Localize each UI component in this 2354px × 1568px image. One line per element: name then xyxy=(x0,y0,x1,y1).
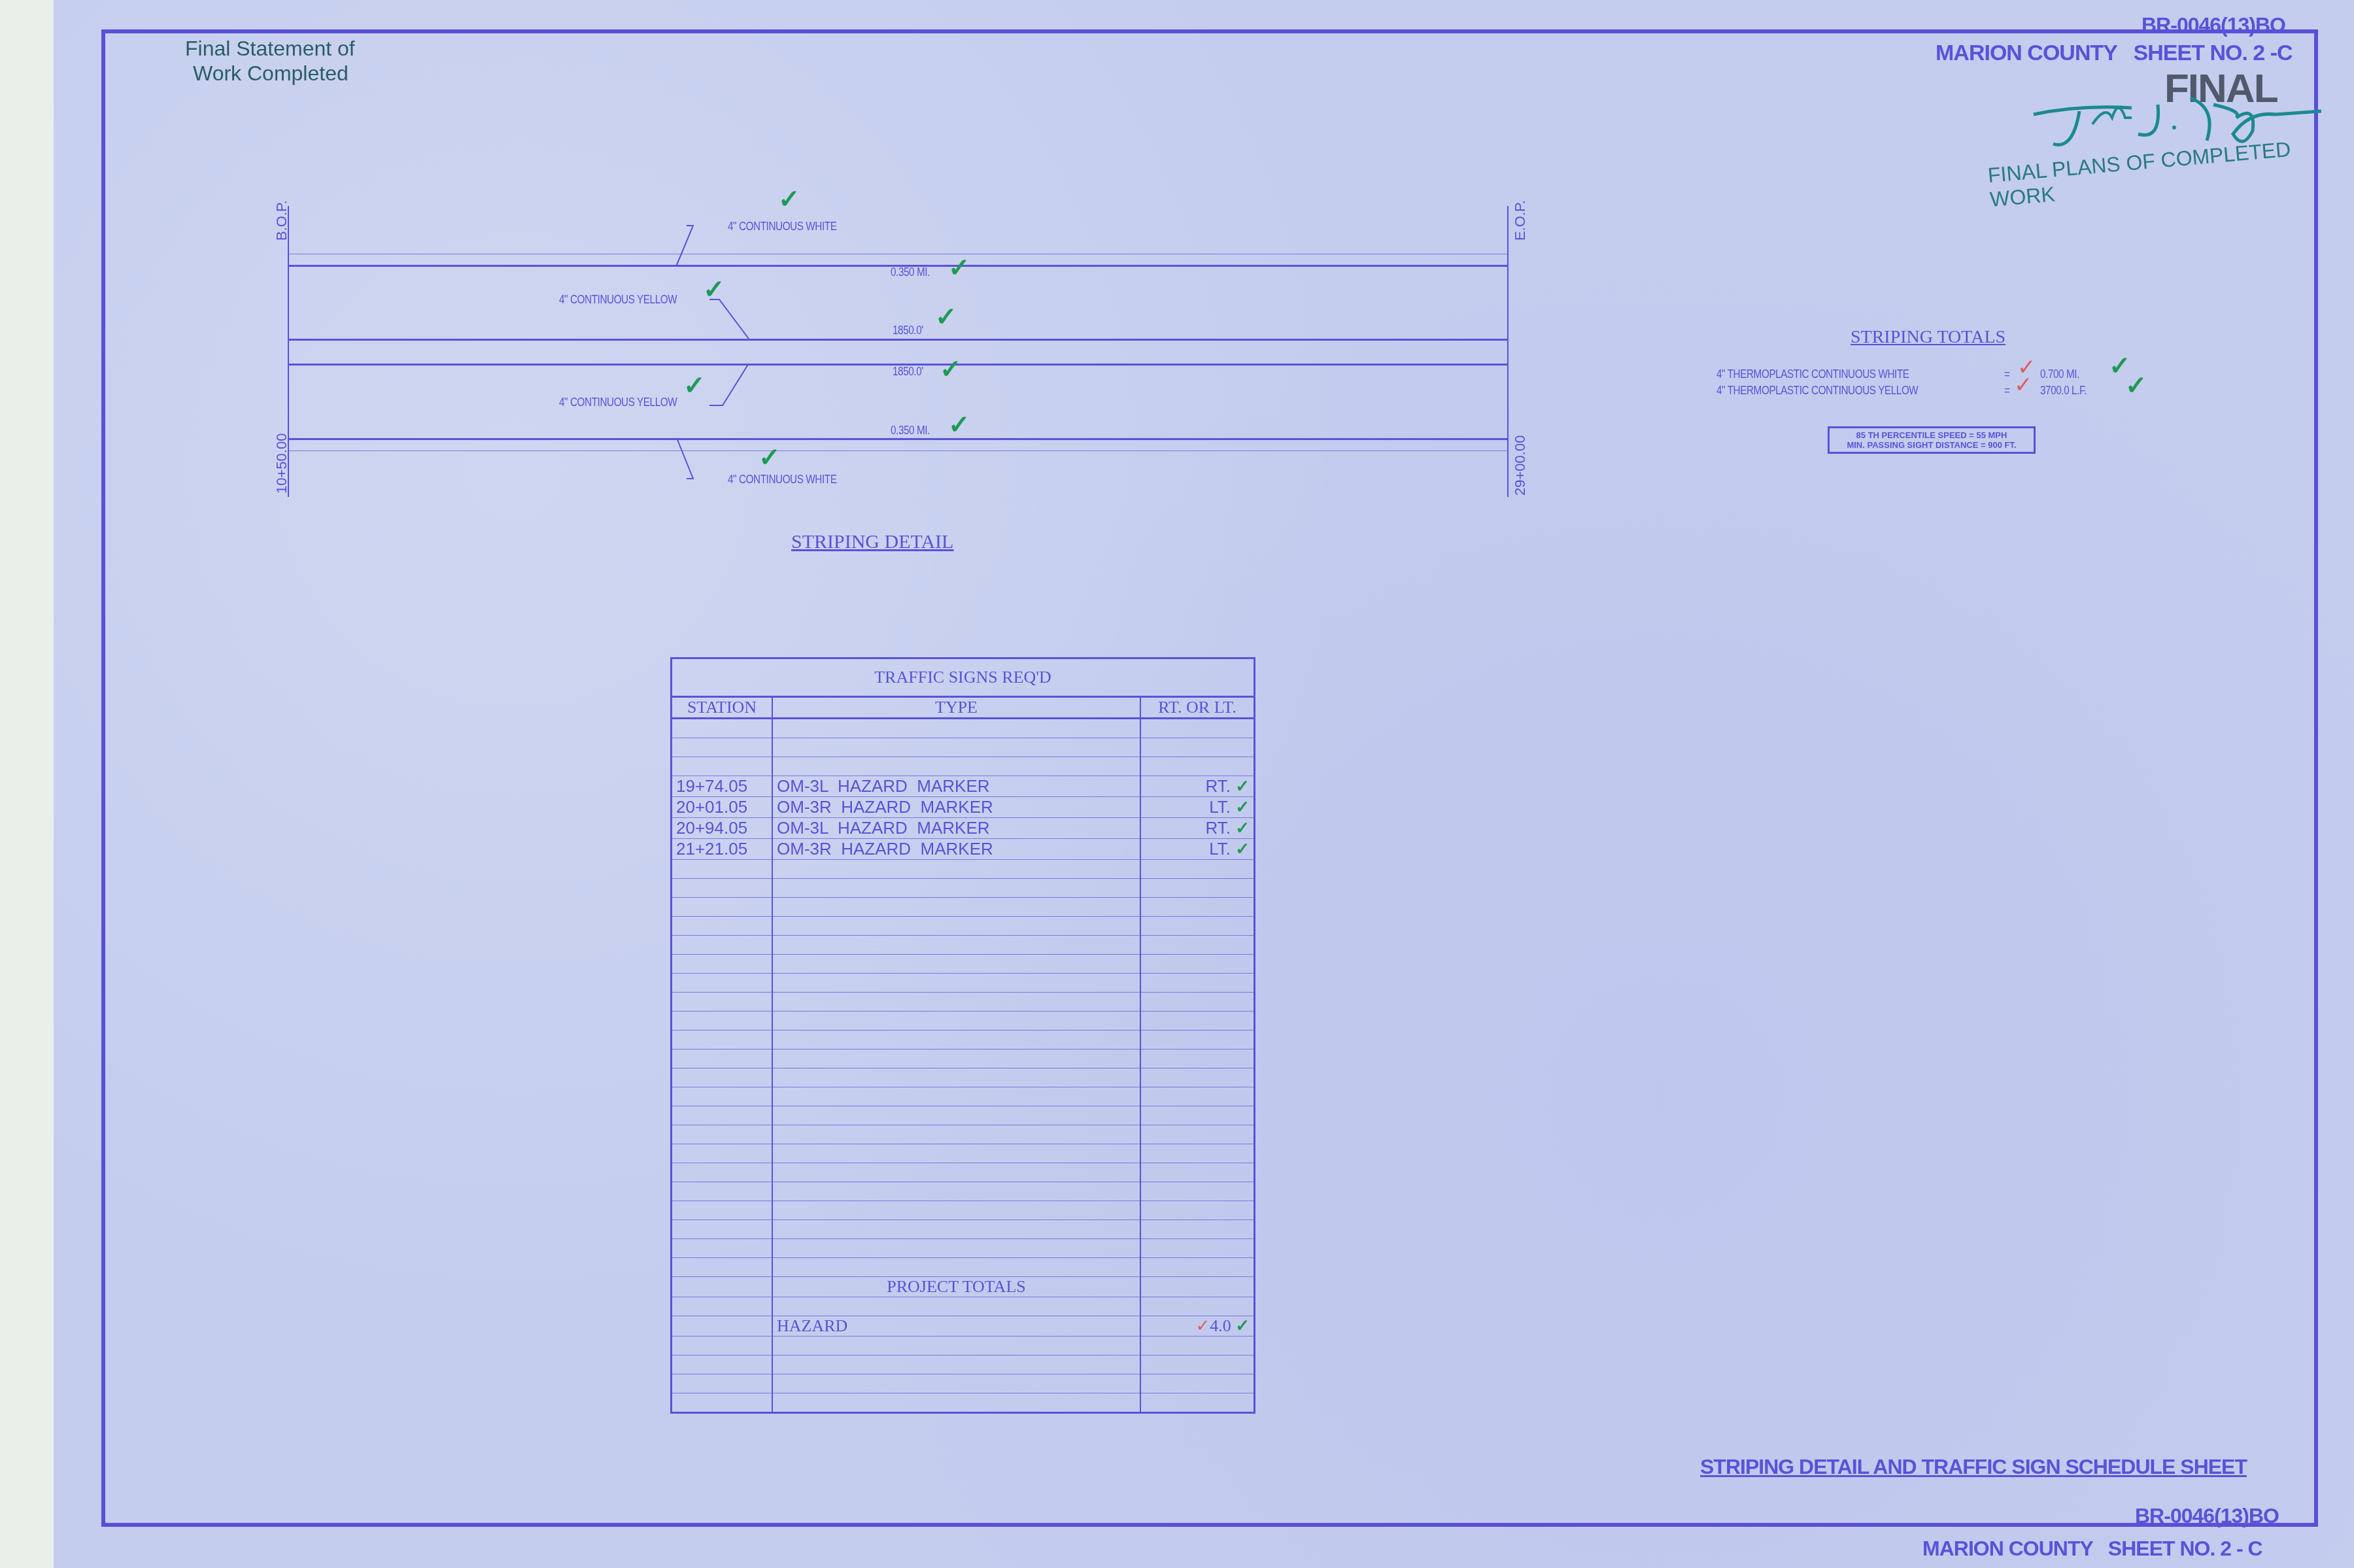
side-cell xyxy=(1140,993,1255,1012)
quantity-yellow-2: 1850.0' xyxy=(893,365,923,379)
sight-distance-note: MIN. PASSING SIGHT DISTANCE = 900 FT. xyxy=(1834,440,2030,450)
type-cell xyxy=(772,1087,1140,1106)
table-row xyxy=(672,1144,1255,1163)
type-cell xyxy=(772,860,1140,879)
side-cell xyxy=(1140,860,1255,879)
check-icon: ✓ xyxy=(778,186,800,213)
side-cell xyxy=(1140,1106,1255,1125)
totals-label-white: 4" THERMOPLASTIC CONTINUOUS WHITE xyxy=(1716,367,1909,381)
sheet-title: STRIPING DETAIL AND TRAFFIC SIGN SCHEDUL… xyxy=(1700,1455,2247,1479)
table-row xyxy=(672,1031,1255,1049)
check-icon: ✓ xyxy=(703,277,725,303)
check-icon: ✓ xyxy=(940,356,962,383)
station-cell xyxy=(672,1239,773,1258)
edge-of-pavement-line-bottom xyxy=(289,451,1507,451)
check-icon: ✓ xyxy=(2125,373,2147,399)
table-row xyxy=(672,1068,1255,1087)
table-row xyxy=(672,993,1255,1012)
station-cell xyxy=(672,1049,773,1068)
station-cell xyxy=(672,757,773,776)
header-county-sheet: MARION COUNTY SHEET NO. 2 -C xyxy=(1936,41,2293,66)
table-row xyxy=(672,1163,1255,1182)
type-cell xyxy=(772,1182,1140,1201)
traffic-signs-title: TRAFFIC SIGNS REQ'D xyxy=(672,658,1255,697)
table-row xyxy=(672,936,1255,955)
side-cell xyxy=(1140,1258,1255,1277)
table-row xyxy=(672,738,1255,757)
totals-value-yellow: 3700.0 L.F. xyxy=(2040,384,2087,398)
side-cell xyxy=(1140,738,1255,757)
station-cell xyxy=(672,898,773,917)
side-cell xyxy=(1140,757,1255,776)
station-cell xyxy=(672,1125,773,1144)
side-cell: RT. ✓ xyxy=(1140,818,1255,839)
table-row xyxy=(672,1220,1255,1239)
station-cell xyxy=(672,1031,773,1049)
type-cell xyxy=(772,1258,1140,1277)
side-cell xyxy=(1140,936,1255,955)
station-cell xyxy=(672,879,773,898)
station-cell xyxy=(672,1374,773,1393)
total-value: 4.0 xyxy=(1210,1316,1231,1335)
station-cell xyxy=(672,1106,773,1125)
side-cell xyxy=(1140,898,1255,917)
station-cell xyxy=(672,860,773,879)
station-cell xyxy=(672,1087,773,1106)
type-cell xyxy=(772,936,1140,955)
station-cell xyxy=(672,1355,773,1374)
red-check-icon: ✓ xyxy=(2014,374,2033,396)
table-row xyxy=(672,1049,1255,1068)
table-row xyxy=(672,917,1255,936)
side-cell xyxy=(1140,1068,1255,1087)
table-row xyxy=(672,1182,1255,1201)
type-cell xyxy=(772,1163,1140,1182)
check-icon: ✓ xyxy=(683,373,706,399)
side-value: LT. xyxy=(1209,839,1231,859)
traffic-signs-body: 19+74.05OM-3L HAZARD MARKERRT. ✓20+01.05… xyxy=(672,719,1255,1413)
eop-label: E.O.P. xyxy=(1512,200,1529,241)
side-cell: LT. ✓ xyxy=(1140,839,1255,860)
start-station-label: 10+50.00 xyxy=(273,434,290,494)
table-row xyxy=(672,757,1255,776)
station-cell xyxy=(672,1220,773,1239)
type-cell xyxy=(772,917,1140,936)
check-icon: ✓ xyxy=(1231,797,1250,817)
table-row xyxy=(672,1258,1255,1277)
type-cell xyxy=(772,1374,1140,1393)
yellow-stripe-1 xyxy=(289,339,1507,341)
check-icon: ✓ xyxy=(1231,1316,1250,1335)
table-row xyxy=(672,1125,1255,1144)
side-cell xyxy=(1140,1201,1255,1220)
station-cell xyxy=(672,1297,773,1316)
side-cell xyxy=(1140,955,1255,974)
table-row: HAZARD✓4.0 ✓ xyxy=(672,1316,1255,1337)
totals-eq-white: = xyxy=(2004,367,2010,381)
bop-label: B.O.P. xyxy=(273,200,290,241)
side-value: RT. xyxy=(1205,776,1231,796)
side-cell xyxy=(1140,1355,1255,1374)
side-cell xyxy=(1140,974,1255,993)
type-cell xyxy=(772,1393,1140,1413)
table-row: 20+94.05OM-3L HAZARD MARKERRT. ✓ xyxy=(672,818,1255,839)
type-cell xyxy=(772,1201,1140,1220)
station-cell: 21+21.05 xyxy=(672,839,773,860)
striping-detail-title: STRIPING DETAIL xyxy=(791,531,953,553)
type-cell xyxy=(772,1049,1140,1068)
station-cell xyxy=(672,1337,773,1355)
footer-county-sheet: MARION COUNTY SHEET NO. 2 - C xyxy=(1922,1537,2262,1561)
type-cell xyxy=(772,1144,1140,1163)
red-check-icon: ✓ xyxy=(1195,1316,1210,1335)
callout-white-bottom: 4" CONTINUOUS WHITE xyxy=(728,473,837,486)
station-cell xyxy=(672,917,773,936)
side-cell xyxy=(1140,879,1255,898)
station-cell xyxy=(672,719,773,738)
table-row xyxy=(672,879,1255,898)
total-label: HAZARD xyxy=(772,1316,1140,1337)
station-cell xyxy=(672,1201,773,1220)
project-totals-label: PROJECT TOTALS xyxy=(772,1277,1140,1297)
table-row xyxy=(672,860,1255,879)
totals-label-yellow: 4" THERMOPLASTIC CONTINUOUS YELLOW xyxy=(1716,384,1918,398)
totals-eq-yellow: = xyxy=(2004,384,2010,398)
station-cell: 20+94.05 xyxy=(672,818,773,839)
white-stripe-bottom xyxy=(289,438,1507,440)
station-cell xyxy=(672,1012,773,1031)
type-cell xyxy=(772,1031,1140,1049)
table-row: 20+01.05OM-3R HAZARD MARKERLT. ✓ xyxy=(672,797,1255,818)
type-cell xyxy=(772,1012,1140,1031)
station-cell xyxy=(672,1277,773,1297)
type-cell xyxy=(772,1297,1140,1316)
table-row xyxy=(672,719,1255,738)
type-cell: OM-3L HAZARD MARKER xyxy=(772,818,1140,839)
station-cell xyxy=(672,1144,773,1163)
quantity-yellow-1: 1850.0' xyxy=(893,324,923,337)
station-cell xyxy=(672,993,773,1012)
type-cell xyxy=(772,1125,1140,1144)
check-icon: ✓ xyxy=(935,304,957,330)
side-cell xyxy=(1140,1163,1255,1182)
table-row xyxy=(672,1393,1255,1413)
table-row xyxy=(672,1374,1255,1393)
col-side: RT. OR LT. xyxy=(1140,697,1255,719)
end-station-label: 29+00.00 xyxy=(1512,435,1529,496)
side-cell xyxy=(1140,1239,1255,1258)
check-icon: ✓ xyxy=(948,255,970,281)
check-icon: ✓ xyxy=(1231,818,1250,838)
table-row: PROJECT TOTALS xyxy=(672,1277,1255,1297)
type-cell: OM-3R HAZARD MARKER xyxy=(772,797,1140,818)
stamp-line-1: Final Statement of xyxy=(185,36,355,61)
side-cell xyxy=(1140,1049,1255,1068)
side-cell xyxy=(1140,1337,1255,1355)
station-cell: 19+74.05 xyxy=(672,776,773,797)
side-cell xyxy=(1140,1220,1255,1239)
station-cell xyxy=(672,738,773,757)
side-cell xyxy=(1140,719,1255,738)
type-cell: OM-3L HAZARD MARKER xyxy=(772,776,1140,797)
station-cell xyxy=(672,1258,773,1277)
header-project-number: BR-0046(13)BO xyxy=(2141,13,2285,37)
type-cell xyxy=(772,1068,1140,1087)
table-row: 19+74.05OM-3L HAZARD MARKERRT. ✓ xyxy=(672,776,1255,797)
side-cell xyxy=(1140,1144,1255,1163)
type-cell xyxy=(772,879,1140,898)
side-cell xyxy=(1140,1087,1255,1106)
table-row xyxy=(672,1355,1255,1374)
stamp-line-2: Work Completed xyxy=(185,61,355,86)
check-icon: ✓ xyxy=(1231,839,1250,859)
side-cell xyxy=(1140,1277,1255,1297)
side-cell: LT. ✓ xyxy=(1140,797,1255,818)
table-row xyxy=(672,898,1255,917)
side-cell xyxy=(1140,1393,1255,1413)
type-cell xyxy=(772,898,1140,917)
table-row xyxy=(672,1337,1255,1355)
callout-yellow-2: 4" CONTINUOUS YELLOW xyxy=(559,396,677,409)
callout-yellow-1: 4" CONTINUOUS YELLOW xyxy=(559,293,677,307)
table-row: 21+21.05OM-3R HAZARD MARKERLT. ✓ xyxy=(672,839,1255,860)
table-row xyxy=(672,1201,1255,1220)
eop-line xyxy=(1507,206,1509,497)
station-cell xyxy=(672,974,773,993)
station-cell xyxy=(672,936,773,955)
table-row xyxy=(672,1012,1255,1031)
speed-note-box: 85 TH PERCENTILE SPEED = 55 MPH MIN. PAS… xyxy=(1828,426,2036,454)
type-cell: OM-3R HAZARD MARKER xyxy=(772,839,1140,860)
table-row xyxy=(672,1106,1255,1125)
side-cell: ✓4.0 ✓ xyxy=(1140,1316,1255,1337)
check-icon: ✓ xyxy=(948,412,970,438)
table-row xyxy=(672,1297,1255,1316)
striping-totals-title: STRIPING TOTALS xyxy=(1851,327,2005,348)
station-cell xyxy=(672,1163,773,1182)
type-cell xyxy=(772,1355,1140,1374)
col-type: TYPE xyxy=(772,697,1140,719)
side-cell xyxy=(1140,1125,1255,1144)
speed-note: 85 TH PERCENTILE SPEED = 55 MPH xyxy=(1834,430,2030,440)
side-value: RT. xyxy=(1205,818,1231,838)
station-cell xyxy=(672,1182,773,1201)
type-cell xyxy=(772,738,1140,757)
side-cell: RT. ✓ xyxy=(1140,776,1255,797)
type-cell xyxy=(772,757,1140,776)
type-cell xyxy=(772,974,1140,993)
station-cell xyxy=(672,1393,773,1413)
traffic-signs-table: TRAFFIC SIGNS REQ'D STATION TYPE RT. OR … xyxy=(670,657,1255,1414)
side-cell xyxy=(1140,1012,1255,1031)
side-cell xyxy=(1140,1297,1255,1316)
col-station: STATION xyxy=(672,697,773,719)
side-value: LT. xyxy=(1209,797,1231,817)
side-cell xyxy=(1140,1031,1255,1049)
type-cell xyxy=(772,1106,1140,1125)
side-cell xyxy=(1140,1182,1255,1201)
table-row xyxy=(672,974,1255,993)
check-icon: ✓ xyxy=(1231,776,1250,796)
type-cell xyxy=(772,719,1140,738)
footer-project-number: BR-0046(13)BO xyxy=(2135,1504,2279,1528)
side-cell xyxy=(1140,1374,1255,1393)
table-row xyxy=(672,1239,1255,1258)
station-cell xyxy=(672,1316,773,1337)
station-cell xyxy=(672,1068,773,1087)
side-cell xyxy=(1140,917,1255,936)
table-row xyxy=(672,1087,1255,1106)
station-cell xyxy=(672,955,773,974)
final-statement-stamp: Final Statement of Work Completed xyxy=(185,36,355,86)
quantity-white-top: 0.350 MI. xyxy=(891,265,930,279)
type-cell xyxy=(772,1337,1140,1355)
callout-white-top: 4" CONTINUOUS WHITE xyxy=(728,220,837,233)
totals-value-white: 0.700 MI. xyxy=(2040,367,2079,381)
type-cell xyxy=(772,955,1140,974)
quantity-white-bottom: 0.350 MI. xyxy=(891,424,930,437)
type-cell xyxy=(772,993,1140,1012)
edge-of-pavement-line xyxy=(289,254,1507,254)
check-icon: ✓ xyxy=(759,445,781,471)
type-cell xyxy=(772,1239,1140,1258)
station-cell: 20+01.05 xyxy=(672,797,773,818)
type-cell xyxy=(772,1220,1140,1239)
table-row xyxy=(672,955,1255,974)
